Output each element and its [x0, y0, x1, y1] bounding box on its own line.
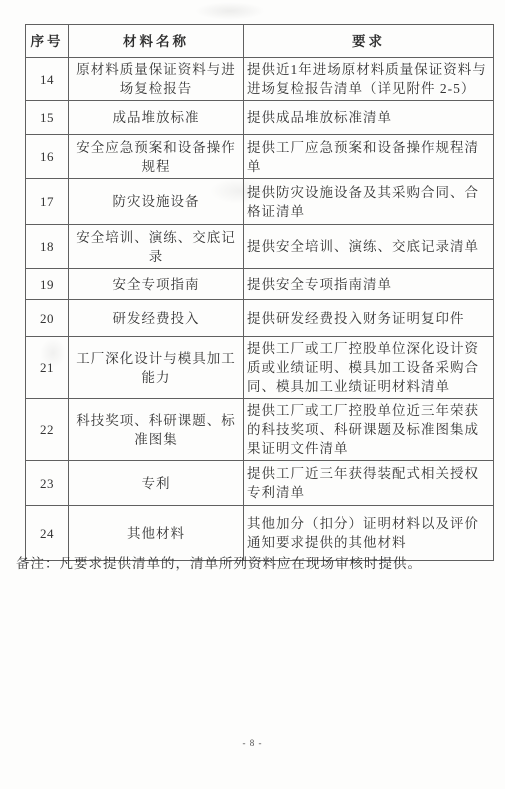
table-header-row: 序号 材料名称 要求 [26, 25, 494, 58]
material-name: 防灾设施设备 [69, 179, 244, 225]
table-row: 16 安全应急预案和设备操作规程 提供工厂应急预案和设备操作规程清单 [26, 135, 494, 179]
table-row: 19 安全专项指南 提供安全专项指南清单 [26, 269, 494, 300]
row-number: 16 [26, 135, 69, 179]
table-row: 15 成品堆放标准 提供成品堆放标准清单 [26, 101, 494, 135]
requirement: 提供安全培训、演练、交底记录清单 [244, 225, 494, 269]
row-number: 20 [26, 300, 69, 337]
requirement: 提供安全专项指南清单 [244, 269, 494, 300]
material-name: 工厂深化设计与模具加工能力 [69, 337, 244, 399]
material-name: 安全专项指南 [69, 269, 244, 300]
table-row: 18 安全培训、演练、交底记录 提供安全培训、演练、交底记录清单 [26, 225, 494, 269]
col-header-number: 序号 [26, 25, 69, 58]
table-row: 17 防灾设施设备 提供防灾设施设备及其采购合同、合格证清单 [26, 179, 494, 225]
table-row: 22 科技奖项、科研课题、标准图集 提供工厂或工厂控股单位近三年荣获的科技奖项、… [26, 399, 494, 461]
requirement: 提供近1年进场原材料质量保证资料与进场复检报告清单（详见附件 2-5） [244, 58, 494, 101]
material-name: 研发经费投入 [69, 300, 244, 337]
material-name: 原材料质量保证资料与进场复检报告 [69, 58, 244, 101]
scan-smudge [195, 2, 265, 20]
requirement: 提供工厂近三年获得装配式相关授权专利清单 [244, 461, 494, 506]
table-row: 14 原材料质量保证资料与进场复检报告 提供近1年进场原材料质量保证资料与进场复… [26, 58, 494, 101]
table-row: 21 工厂深化设计与模具加工能力 提供工厂或工厂控股单位深化设计资质或业绩证明、… [26, 337, 494, 399]
requirement: 提供工厂或工厂控股单位深化设计资质或业绩证明、模具加工设备采购合同、模具加工业绩… [244, 337, 494, 399]
row-number: 14 [26, 58, 69, 101]
material-name: 专利 [69, 461, 244, 506]
row-number: 18 [26, 225, 69, 269]
col-header-material-name: 材料名称 [69, 25, 244, 58]
materials-table: 序号 材料名称 要求 14 原材料质量保证资料与进场复检报告 提供近1年进场原材… [25, 24, 494, 561]
row-number: 17 [26, 179, 69, 225]
requirement: 提供成品堆放标准清单 [244, 101, 494, 135]
table-row: 20 研发经费投入 提供研发经费投入财务证明复印件 [26, 300, 494, 337]
page-number: - 8 - [0, 738, 505, 748]
material-name: 成品堆放标准 [69, 101, 244, 135]
row-number: 23 [26, 461, 69, 506]
requirement: 提供工厂应急预案和设备操作规程清单 [244, 135, 494, 179]
footnote: 备注：凡要求提供清单的，清单所列资料应在现场审核时提供。 [16, 552, 496, 572]
material-name: 安全应急预案和设备操作规程 [69, 135, 244, 179]
row-number: 19 [26, 269, 69, 300]
requirement: 提供研发经费投入财务证明复印件 [244, 300, 494, 337]
requirement: 提供防灾设施设备及其采购合同、合格证清单 [244, 179, 494, 225]
row-number: 22 [26, 399, 69, 461]
material-name: 安全培训、演练、交底记录 [69, 225, 244, 269]
table-row: 23 专利 提供工厂近三年获得装配式相关授权专利清单 [26, 461, 494, 506]
material-name: 科技奖项、科研课题、标准图集 [69, 399, 244, 461]
requirement: 提供工厂或工厂控股单位近三年荣获的科技奖项、科研课题及标准图集成果证明文件清单 [244, 399, 494, 461]
row-number: 15 [26, 101, 69, 135]
row-number: 21 [26, 337, 69, 399]
col-header-requirement: 要求 [244, 25, 494, 58]
